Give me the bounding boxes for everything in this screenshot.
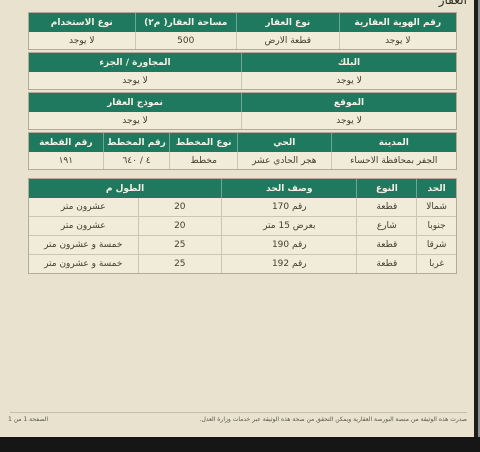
header-boundary-description: وصف الحد bbox=[222, 179, 357, 198]
boundary-description: بعرض 15 متر bbox=[222, 217, 357, 235]
boundary-row-east: شرقا قطعة رقم 190 25 خمسة و عشرون متر bbox=[29, 235, 456, 254]
header-length-m: الطول م bbox=[29, 179, 222, 198]
header-property-area: مساحة العقار( م٢) bbox=[136, 13, 238, 32]
location-value-row: لا يوجد لا يوجد bbox=[29, 112, 456, 129]
boundary-length-value: 25 bbox=[139, 255, 223, 273]
block-table: البلك المجاورة / الجزء لا يوجد لا يوجد bbox=[28, 52, 457, 90]
boundary-length-text: خمسة و عشرون متر bbox=[29, 236, 138, 254]
header-usage-type: نوع الاستخدام bbox=[29, 13, 136, 32]
header-plan-type: نوع المخطط bbox=[170, 133, 238, 152]
boundary-type: قطعة bbox=[357, 198, 417, 216]
value-location: لا يوجد bbox=[242, 112, 456, 129]
block-value-row: لا يوجد لا يوجد bbox=[29, 72, 456, 89]
table-stack: رقم الهوية العقارية نوع العقار مساحة الع… bbox=[28, 12, 457, 274]
boundary-row-west: غربا قطعة رقم 192 25 خمسة و عشرون متر bbox=[29, 254, 456, 273]
location-table: الموقع نموذج العقار لا يوجد لا يوجد bbox=[28, 92, 457, 130]
header-location: الموقع bbox=[242, 93, 456, 112]
header-district: الحي bbox=[238, 133, 332, 152]
value-plot-number: ١٩١ bbox=[29, 152, 104, 169]
plan-table: المدينة الحي نوع المخطط رقم المخطط رقم ا… bbox=[28, 132, 457, 170]
value-property-area: 500 bbox=[136, 32, 238, 49]
header-property-model: نموذج العقار bbox=[29, 93, 242, 112]
value-property-model: لا يوجد bbox=[29, 112, 242, 129]
boundary-name: شرقا bbox=[417, 236, 456, 254]
boundary-length-value: 20 bbox=[139, 217, 223, 235]
boundary-length-value: 20 bbox=[139, 198, 223, 216]
boundary-description: رقم 192 bbox=[222, 255, 357, 273]
property-value-row: لا يوجد قطعة الارض 500 لا يوجد bbox=[29, 32, 456, 49]
block-header-row: البلك المجاورة / الجزء bbox=[29, 53, 456, 72]
plan-header-row: المدينة الحي نوع المخطط رقم المخطط رقم ا… bbox=[29, 133, 456, 152]
boundary-type: قطعة bbox=[357, 236, 417, 254]
value-city: الجفر بمحافظة الاحساء bbox=[332, 152, 456, 169]
value-property-type: قطعة الارض bbox=[237, 32, 340, 49]
value-property-id: لا يوجد bbox=[340, 32, 456, 49]
header-city: المدينة bbox=[332, 133, 456, 152]
bottom-bar bbox=[0, 437, 480, 452]
plan-value-row: الجفر بمحافظة الاحساء هجر الحادي عشر مخط… bbox=[29, 152, 456, 169]
value-neighborhood-part: لا يوجد bbox=[29, 72, 242, 89]
header-boundary: الحد bbox=[417, 179, 456, 198]
property-info-table: رقم الهوية العقارية نوع العقار مساحة الع… bbox=[28, 12, 457, 50]
header-boundary-type: النوع bbox=[357, 179, 417, 198]
boundary-name: شمالا bbox=[417, 198, 456, 216]
footer-disclaimer: صدرت هذه الوثيقة من منصة البورصة العقاري… bbox=[200, 416, 467, 423]
boundary-length-text: عشرون متر bbox=[29, 217, 138, 235]
property-header-row: رقم الهوية العقارية نوع العقار مساحة الع… bbox=[29, 13, 456, 32]
footer-divider bbox=[10, 412, 467, 413]
boundary-length-value: 25 bbox=[139, 236, 223, 254]
value-plan-type: مخطط bbox=[170, 152, 238, 169]
boundary-description: رقم 170 bbox=[222, 198, 357, 216]
header-neighborhood-part: المجاورة / الجزء bbox=[29, 53, 242, 72]
boundary-name: جنوبا bbox=[417, 217, 456, 235]
header-property-type: نوع العقار bbox=[237, 13, 340, 32]
value-usage-type: لا يوجد bbox=[29, 32, 136, 49]
header-plan-number: رقم المخطط bbox=[104, 133, 171, 152]
value-district: هجر الحادي عشر bbox=[238, 152, 332, 169]
footer-page-number: الصفحة 1 من 1 bbox=[8, 416, 48, 423]
header-property-id: رقم الهوية العقارية bbox=[340, 13, 456, 32]
boundary-row-north: شمالا قطعة رقم 170 20 عشرون متر bbox=[29, 198, 456, 216]
value-block: لا يوجد bbox=[242, 72, 456, 89]
page-title: العقار bbox=[439, 0, 467, 7]
header-block: البلك bbox=[242, 53, 456, 72]
boundaries-header-row: الحد النوع وصف الحد الطول م bbox=[29, 179, 456, 198]
boundary-length-text: خمسة و عشرون متر bbox=[29, 255, 138, 273]
boundary-row-south: جنوبا شارع بعرض 15 متر 20 عشرون متر bbox=[29, 216, 456, 235]
boundary-name: غربا bbox=[417, 255, 456, 273]
location-header-row: الموقع نموذج العقار bbox=[29, 93, 456, 112]
boundary-type: شارع bbox=[357, 217, 417, 235]
boundaries-table: الحد النوع وصف الحد الطول م شمالا قطعة ر… bbox=[28, 178, 457, 274]
boundary-type: قطعة bbox=[357, 255, 417, 273]
value-plan-number: ٤ / ٦٤٠ bbox=[104, 152, 171, 169]
boundary-description: رقم 190 bbox=[222, 236, 357, 254]
document-page: العقار رقم الهوية العقارية نوع العقار مس… bbox=[0, 0, 480, 452]
header-plot-number: رقم القطعة bbox=[29, 133, 104, 152]
boundary-length-text: عشرون متر bbox=[29, 198, 138, 216]
